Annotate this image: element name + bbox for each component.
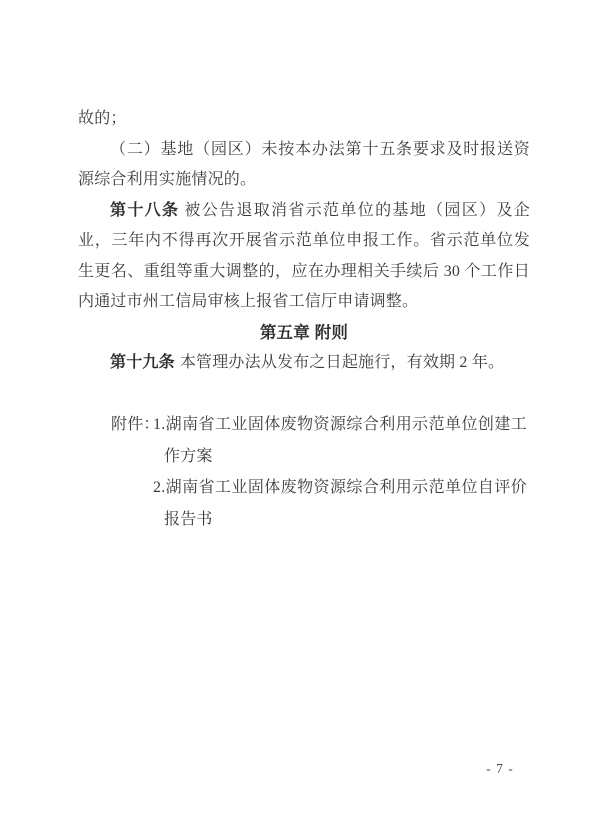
chapter-5-heading: 第五章 附则 [78, 318, 530, 349]
paragraph-article-19: 第十九条本管理办法从发布之日起施行，有效期 2 年。 [78, 348, 530, 379]
attachment-list: 1.湖南省工业固体废物资源综合利用示范单位创建工作方案 2.湖南省工业固体废物资… [153, 409, 527, 535]
attachment-block: 附件： 1.湖南省工业固体废物资源综合利用示范单位创建工作方案 2.湖南省工业固… [78, 409, 530, 535]
article-19-text: 本管理办法从发布之日起施行，有效期 2 年。 [180, 354, 504, 371]
paragraph-continuation: 故的； [78, 104, 530, 135]
page-number: - 7 - [478, 761, 522, 777]
document-page: 故的； （二）基地（园区）未按本办法第十五条要求及时报送资源综合利用实施情况的。… [0, 0, 592, 839]
attachment-item-1: 1.湖南省工业固体废物资源综合利用示范单位创建工作方案 [153, 409, 527, 472]
attachment-label: 附件： [111, 409, 153, 441]
article-18-label: 第十八条 [110, 202, 179, 219]
article-19-label: 第十九条 [110, 354, 175, 371]
document-body: 故的； （二）基地（园区）未按本办法第十五条要求及时报送资源综合利用实施情况的。… [78, 104, 530, 535]
attachment-item-2: 2.湖南省工业固体废物资源综合利用示范单位自评价报告书 [153, 472, 527, 535]
paragraph-article-18: 第十八条被公告退取消省示范单位的基地（园区）及企业，三年内不得再次开展省示范单位… [78, 196, 530, 318]
paragraph-item-2: （二）基地（园区）未按本办法第十五条要求及时报送资源综合利用实施情况的。 [78, 135, 530, 196]
